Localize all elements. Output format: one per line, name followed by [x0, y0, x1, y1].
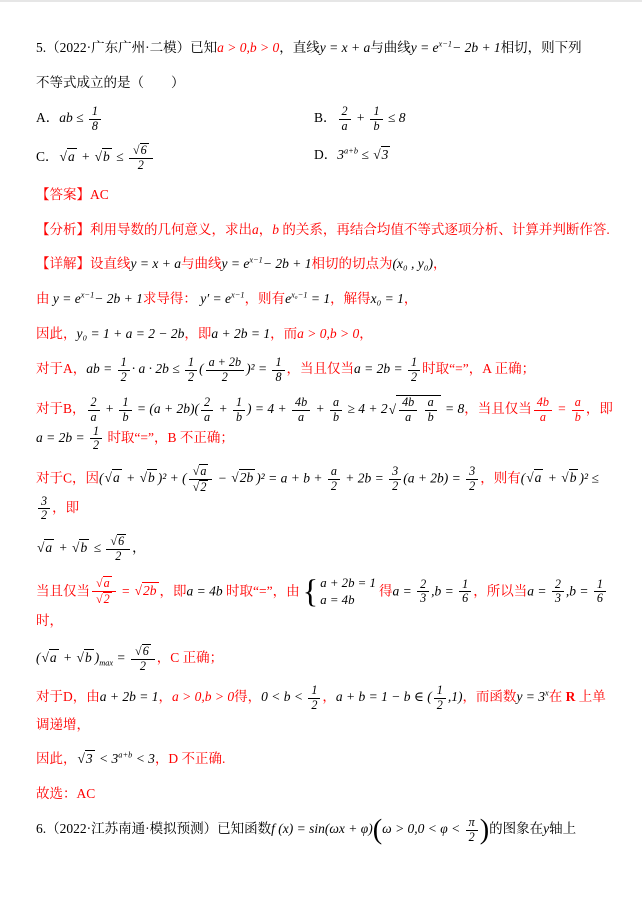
radical: √4ba ab [389, 402, 441, 417]
text-run: ，即 [52, 500, 79, 515]
text-run: x−1 [249, 256, 263, 265]
text-run: ,1) [448, 690, 463, 705]
radical-sign: √ [135, 644, 142, 658]
text-run: 2 [200, 480, 206, 494]
denominator: 2 [38, 509, 50, 523]
radical: √a [42, 650, 59, 665]
radical-content: 2b [142, 582, 159, 599]
radical: √a [96, 576, 112, 591]
radical-sign: √ [561, 470, 568, 485]
radical-content: 2b [239, 469, 256, 486]
denominator: 2 [219, 371, 231, 385]
radical: √b [77, 650, 94, 665]
text-run: 2 [91, 396, 97, 410]
text-run: a+b [118, 751, 132, 760]
radical-content: a [44, 539, 54, 556]
text-run: y = x + a [320, 40, 370, 55]
answer-line: 【答案】AC [36, 183, 614, 207]
text-run: y = 3 [516, 690, 545, 705]
text-run: 6 [462, 591, 468, 605]
text-run: (a + 2b) = [403, 470, 464, 485]
denominator: a [88, 411, 100, 425]
radical-content: b [569, 469, 579, 486]
big-paren: ) [480, 815, 489, 846]
fraction: a2 [328, 465, 340, 493]
radical-content: a [103, 576, 112, 591]
text-run: − 2b + 1 [452, 40, 501, 55]
derivative-line: 由 y = ex−1− 2b + 1求导得： y′ = ex−1，则有ex₀−1… [36, 287, 614, 311]
text-run: ≤ [113, 149, 127, 164]
subscript: max [99, 658, 113, 667]
text-run: = [554, 402, 570, 417]
text-run: a [91, 410, 97, 424]
radical-content: a [199, 464, 208, 479]
numerator: 4b [292, 396, 310, 411]
text-run: 1 [462, 578, 468, 592]
text-run: 5.（2022·广东广州·二模）已知 [36, 40, 217, 55]
analysis-para: 【分析】利用导数的几何意义，求出a，b 的关系，再结合均值不等式逐项分析、计算并… [36, 218, 614, 242]
text-run: 因此， [36, 751, 77, 766]
text-run: ， [433, 256, 447, 271]
text-run: 相切的切点为 [311, 256, 392, 271]
text-run: = [113, 650, 129, 665]
text-run: ab = [86, 361, 115, 376]
text-run: b [333, 410, 339, 424]
fraction: a + 2b2 [206, 356, 244, 384]
text-run: a [333, 396, 339, 410]
superscript: a+b [344, 147, 358, 156]
text-run: a [342, 119, 348, 133]
text-run: = (a + 2b)( [134, 402, 199, 417]
text-run: ，解得 [330, 291, 371, 306]
numerator: 1 [119, 396, 131, 411]
fraction: √62 [131, 644, 155, 674]
fraction: 1b [119, 396, 131, 424]
text-run: 3 [469, 465, 475, 479]
text-run: y = e [53, 291, 81, 306]
radical-content: a [534, 469, 544, 486]
text-run: ， [404, 291, 418, 306]
text-run: 4b [295, 396, 307, 410]
fraction: 12 [185, 356, 197, 384]
max-value-line: (√a + √b)max = √62，C 正确； [36, 644, 614, 674]
text-run: a [575, 396, 581, 410]
text-run: ，而 [270, 326, 297, 341]
text-run: ，C 正确； [157, 650, 223, 665]
superscript: x−1 [249, 256, 263, 265]
text-run: + [102, 402, 118, 417]
option-cell-right: D．3a+b ≤ √3 [314, 143, 614, 173]
text-run: a [204, 410, 210, 424]
superscript: x₀−1 [291, 290, 307, 299]
fraction: 2a [339, 105, 351, 133]
text-run: x−1 [231, 290, 245, 299]
text-run: b [122, 410, 128, 424]
text-run: 1 [92, 105, 98, 119]
text-run: ， [132, 540, 146, 555]
radical-sign: √ [526, 470, 533, 485]
text-run: 2b [143, 583, 157, 598]
fraction: √a√2 [189, 464, 213, 495]
radical-sign: √ [105, 470, 112, 485]
radical-content: 4ba ab [396, 395, 441, 424]
equality-condition-line: 当且仅当√a√2 = √2b，即a = 4b 时取“=”，由{a + 2b = … [36, 575, 614, 633]
text-run: )² = [246, 361, 270, 376]
text-run: 2 [469, 830, 475, 844]
text-run: x−1 [81, 290, 95, 299]
options-row-1: A．ab ≤ 18B．2a + 1b ≤ 8 [36, 105, 614, 133]
numerator: 1 [308, 684, 320, 699]
text-run: 3 [86, 751, 93, 766]
text-run: y = e [221, 256, 249, 271]
text-run: ≤ 8 [385, 110, 406, 125]
cases-brace: { [303, 576, 319, 608]
text-run: 轴上 [549, 822, 576, 837]
text-run: a [200, 464, 206, 478]
text-run: 因此， [36, 326, 77, 341]
numerator: 1 [272, 356, 284, 371]
text-run: a = [392, 583, 415, 598]
text-run: − 2b + 1 [263, 256, 312, 271]
text-run: ,b = [566, 583, 592, 598]
text-run: + [215, 402, 231, 417]
text-run: b [575, 410, 581, 424]
text-run: ( [99, 470, 104, 485]
radical-content: b [79, 539, 89, 556]
radical-sign: √ [60, 149, 67, 164]
denominator: 2 [137, 660, 149, 674]
text-run: ≤ [90, 540, 104, 555]
text-run: 4b [402, 396, 414, 410]
fraction: 4ba [534, 396, 552, 424]
text-run: a > 0,b > 0 [297, 326, 359, 341]
detail-setup-line: 【详解】设直线y = x + a与曲线y = ex−1− 2b + 1相切的切点… [36, 252, 614, 276]
fraction: 12 [90, 425, 102, 453]
text-run: 2 [104, 592, 110, 606]
therefore-line: 因此，y₀ = 1 + a = 2 − 2b，即a + 2b = 1，而a > … [36, 322, 614, 346]
text-run: a + b = 1 − b ∈ ( [336, 690, 432, 705]
text-run: ，即 [184, 326, 211, 341]
q6-line: 6.（2022·江苏南通·模拟预测）已知函数f (x) = sin(ωx + φ… [36, 816, 614, 844]
denominator: a [201, 411, 213, 425]
text-run: a [298, 410, 304, 424]
text-run: ，所以当 [473, 583, 527, 598]
text-run: 时取“=”，B 不正确； [104, 430, 234, 445]
superscript: x−1 [231, 290, 245, 299]
denominator: b [330, 411, 342, 425]
text-run: 对于D，由 [36, 690, 100, 705]
text-run: ,b = [431, 583, 457, 598]
text-run: ，D 不正确. [155, 751, 226, 766]
radical-sign: √ [96, 592, 103, 606]
text-run: 【答案】AC [36, 187, 109, 202]
text-run: a [104, 576, 110, 590]
text-run: ，即 [160, 583, 187, 598]
numerator: 4b [399, 396, 417, 411]
radical-content: 2 [199, 480, 208, 495]
text-run: < 3 [96, 751, 119, 766]
text-run: b [570, 470, 577, 485]
text-run: 6 [597, 591, 603, 605]
text-run: 2 [311, 698, 317, 712]
text-run: a [405, 410, 411, 424]
text-run: 对于B， [36, 402, 86, 417]
text-run: 2 [222, 370, 228, 384]
numerator: 1 [118, 356, 130, 371]
radical: √b [561, 470, 578, 485]
text-run: 的关系，再结合均值不等式逐项分析、计算并判断作答. [279, 222, 610, 237]
radical: √3 [78, 751, 95, 766]
denominator: 2 [308, 699, 320, 713]
denominator: 2 [328, 480, 340, 494]
text-run: y = e [411, 40, 439, 55]
option-cell-left: C．√a + √b ≤ √62 [36, 143, 314, 173]
radical-content: a [112, 469, 122, 486]
text-run: ( [199, 361, 204, 376]
text-run: 2 [342, 105, 348, 119]
text-run: + [60, 650, 76, 665]
text-run: max [99, 658, 113, 667]
text-run: 4b [537, 396, 549, 410]
text-run: b [236, 410, 242, 424]
text-run: 1 [121, 356, 127, 370]
text-run: 2 [188, 370, 194, 384]
radical-sign: √ [95, 149, 102, 164]
text-run: b [80, 540, 87, 555]
text-run: 3 [382, 147, 389, 162]
fraction: 1b [370, 105, 382, 133]
radical-sign: √ [37, 540, 44, 555]
numerator: 2 [552, 578, 564, 593]
text-run: 8 [275, 370, 281, 384]
radical: √a [193, 464, 209, 479]
text-run: a [45, 540, 52, 555]
text-run: 时取“=”，由 [223, 583, 300, 598]
radical-sign: √ [231, 470, 238, 485]
radical: √2b [135, 583, 159, 598]
fraction: 12 [434, 684, 446, 712]
text-run: a [428, 396, 434, 410]
option-b-analysis: 对于B，2a + 1b = (a + 2b)(2a + 1b) = 4 + 4b… [36, 395, 614, 452]
fraction: 23 [552, 578, 564, 606]
fraction: 18 [89, 105, 101, 133]
text-run: 时， [36, 613, 63, 628]
text-run: < 3 [132, 751, 155, 766]
radical: √a [526, 470, 543, 485]
numerator: √6 [129, 143, 153, 159]
text-run: A． [36, 110, 59, 125]
text-run: ，直线 [279, 40, 320, 55]
numerator: a [328, 465, 340, 480]
numerator: a [330, 396, 342, 411]
cases-rows: a + 2b = 1a = 4b [320, 575, 376, 610]
text-run: a + 2b = 1 [211, 326, 270, 341]
text-run [419, 402, 422, 417]
fraction: √62 [106, 534, 130, 564]
text-run: ≥ 4 + 2 [344, 402, 388, 417]
text-run: 2 [115, 549, 121, 563]
text-run: y = x + a [131, 256, 181, 271]
text-run: 3 [420, 591, 426, 605]
fraction: 32 [466, 465, 478, 493]
radical: √a [60, 149, 77, 164]
radical-content: b [102, 148, 112, 165]
radical-sign: √ [96, 576, 103, 590]
text-run: ) = 4 + [247, 402, 290, 417]
fraction: 4ba [292, 396, 310, 424]
fraction: 23 [417, 578, 429, 606]
text-run: 2 [331, 479, 337, 493]
radical: √b [95, 149, 112, 164]
radical: √6 [133, 143, 149, 158]
numerator: a [572, 396, 584, 411]
text-run: 1 [311, 684, 317, 698]
denominator: √2 [189, 480, 213, 495]
radical: √6 [110, 534, 126, 549]
radical-content: b [147, 469, 157, 486]
denominator: 2 [408, 371, 420, 385]
denominator: 2 [185, 371, 197, 385]
text-run: a > 0,b > 0 [217, 40, 279, 55]
text-run: (x₀ , y₀) [392, 256, 433, 271]
numerator: 3 [38, 495, 50, 510]
denominator: 2 [90, 439, 102, 453]
text-run: 8 [92, 119, 98, 133]
text-run: 2 [420, 578, 426, 592]
text-run: a + 2b = 1 [100, 690, 159, 705]
text-run: )² = a + b + [256, 470, 326, 485]
document-page: 5.（2022·广东广州·二模）已知a > 0,b > 0，直线y = x + … [0, 0, 642, 907]
numerator: a + 2b [206, 356, 244, 371]
numerator: 4b [534, 396, 552, 411]
text-run: 1 [437, 684, 443, 698]
numerator: 2 [339, 105, 351, 120]
text-run: 3 [337, 147, 344, 162]
text-run: 求导得： [143, 291, 200, 306]
text-run: + [123, 470, 139, 485]
text-run: 1 [597, 578, 603, 592]
numerator: 3 [389, 465, 401, 480]
text-run: 【分析】利用导数的几何意义，求出 [36, 222, 252, 237]
text-run: 时取“=”，A 正确； [422, 361, 535, 376]
option-d-analysis: 对于D，由a + 2b = 1，a > 0,b > 0得，0 < b < 12，… [36, 684, 614, 736]
denominator: b [119, 411, 131, 425]
numerator: 3 [466, 465, 478, 480]
radical-content: 3 [85, 750, 95, 767]
text-run: + [544, 470, 560, 485]
text-run: a = 2b = [354, 361, 406, 376]
numerator: √6 [131, 644, 155, 660]
text-run: ， [158, 690, 172, 705]
text-run: f (x) = sin(ωx + φ) [271, 822, 373, 837]
text-run: x₀ = 1 [371, 291, 404, 306]
text-run: a+b [344, 147, 358, 156]
superscript: x−1 [81, 290, 95, 299]
numerator: π [466, 816, 478, 831]
denominator: a [402, 411, 414, 425]
text-run: 2 [41, 508, 47, 522]
option-c-analysis: 对于C，因(√a + √b)² + (√a√2 − √2b)² = a + b … [36, 464, 614, 523]
text-run: 6.（2022·江苏南通·模拟预测）已知函数 [36, 822, 271, 837]
text-run: ab ≤ [59, 110, 87, 125]
text-run: + 2b = [342, 470, 387, 485]
text-run: ，则有 [480, 470, 521, 485]
text-run: + [55, 540, 71, 555]
denominator: b [233, 411, 245, 425]
text-run: a + 2b = 1 [320, 576, 376, 590]
text-run: ， [322, 690, 336, 705]
q5-line-2: 不等式成立的是（ ） [36, 71, 614, 95]
text-run: 3 [41, 495, 47, 509]
text-run: 相切，则下列 [501, 40, 582, 55]
cases-row: a = 4b [320, 592, 376, 609]
text-run: = 1 [308, 291, 331, 306]
numerator: √a [92, 576, 116, 592]
text-run: a = 4b [320, 593, 354, 607]
superscript: x−1 [439, 40, 453, 49]
denominator: 2 [434, 699, 446, 713]
text-run: 0 < b < [261, 690, 306, 705]
denominator: 8 [89, 120, 101, 134]
text-run: x₀−1 [291, 290, 307, 299]
denominator: 6 [459, 592, 471, 606]
text-run: a [50, 650, 57, 665]
radical-sign: √ [110, 534, 117, 548]
text-run: − 2b + 1 [94, 291, 143, 306]
conclusion-d-line: 因此，√3 < 3a+b < 3，D 不正确. [36, 747, 614, 771]
numerator: 1 [370, 105, 382, 120]
q5-line-1: 5.（2022·广东广州·二模）已知a > 0,b > 0，直线y = x + … [36, 36, 614, 60]
radical-sign: √ [78, 751, 85, 766]
denominator: 2 [466, 480, 478, 494]
superscript: a+b [118, 751, 132, 760]
text-run: 2 [437, 698, 443, 712]
text-run: a + 2b [209, 356, 241, 370]
text-run: R [566, 690, 576, 705]
radical-sign: √ [135, 583, 142, 598]
fraction: 16 [594, 578, 606, 606]
radical: √2b [231, 470, 255, 485]
numerator: √a [189, 464, 213, 480]
text-run: 6 [141, 143, 147, 157]
text-run: · a · 2b ≤ [132, 361, 183, 376]
radical-content: a [49, 649, 59, 666]
text-run: b [148, 470, 155, 485]
numerator: 2 [417, 578, 429, 593]
cases-row: a + 2b = 1 [320, 575, 376, 592]
text-run: 的图象在 [489, 822, 543, 837]
text-run: 2 [138, 158, 144, 172]
text-run: B． [314, 110, 337, 125]
text-run: 2 [204, 396, 210, 410]
text-run: 当且仅当 [36, 583, 90, 598]
text-run: 2 [121, 370, 127, 384]
text-run: 与曲线 [181, 256, 222, 271]
text-run: 【详解】设直线 [36, 256, 131, 271]
option-cell-left: A．ab ≤ 18 [36, 105, 314, 133]
text-run: a > 0,b > 0 [172, 690, 234, 705]
text-run: 6 [143, 644, 149, 658]
text-run: ，当且仅当 [287, 361, 355, 376]
text-run: 由 [36, 291, 53, 306]
text-run: 2 [411, 370, 417, 384]
text-run: a [540, 410, 546, 424]
text-run: a [68, 149, 75, 164]
radical-content: 6 [140, 143, 149, 158]
text-run: ≤ [358, 147, 372, 162]
text-run: 在 [549, 690, 566, 705]
denominator: 2 [466, 831, 478, 845]
